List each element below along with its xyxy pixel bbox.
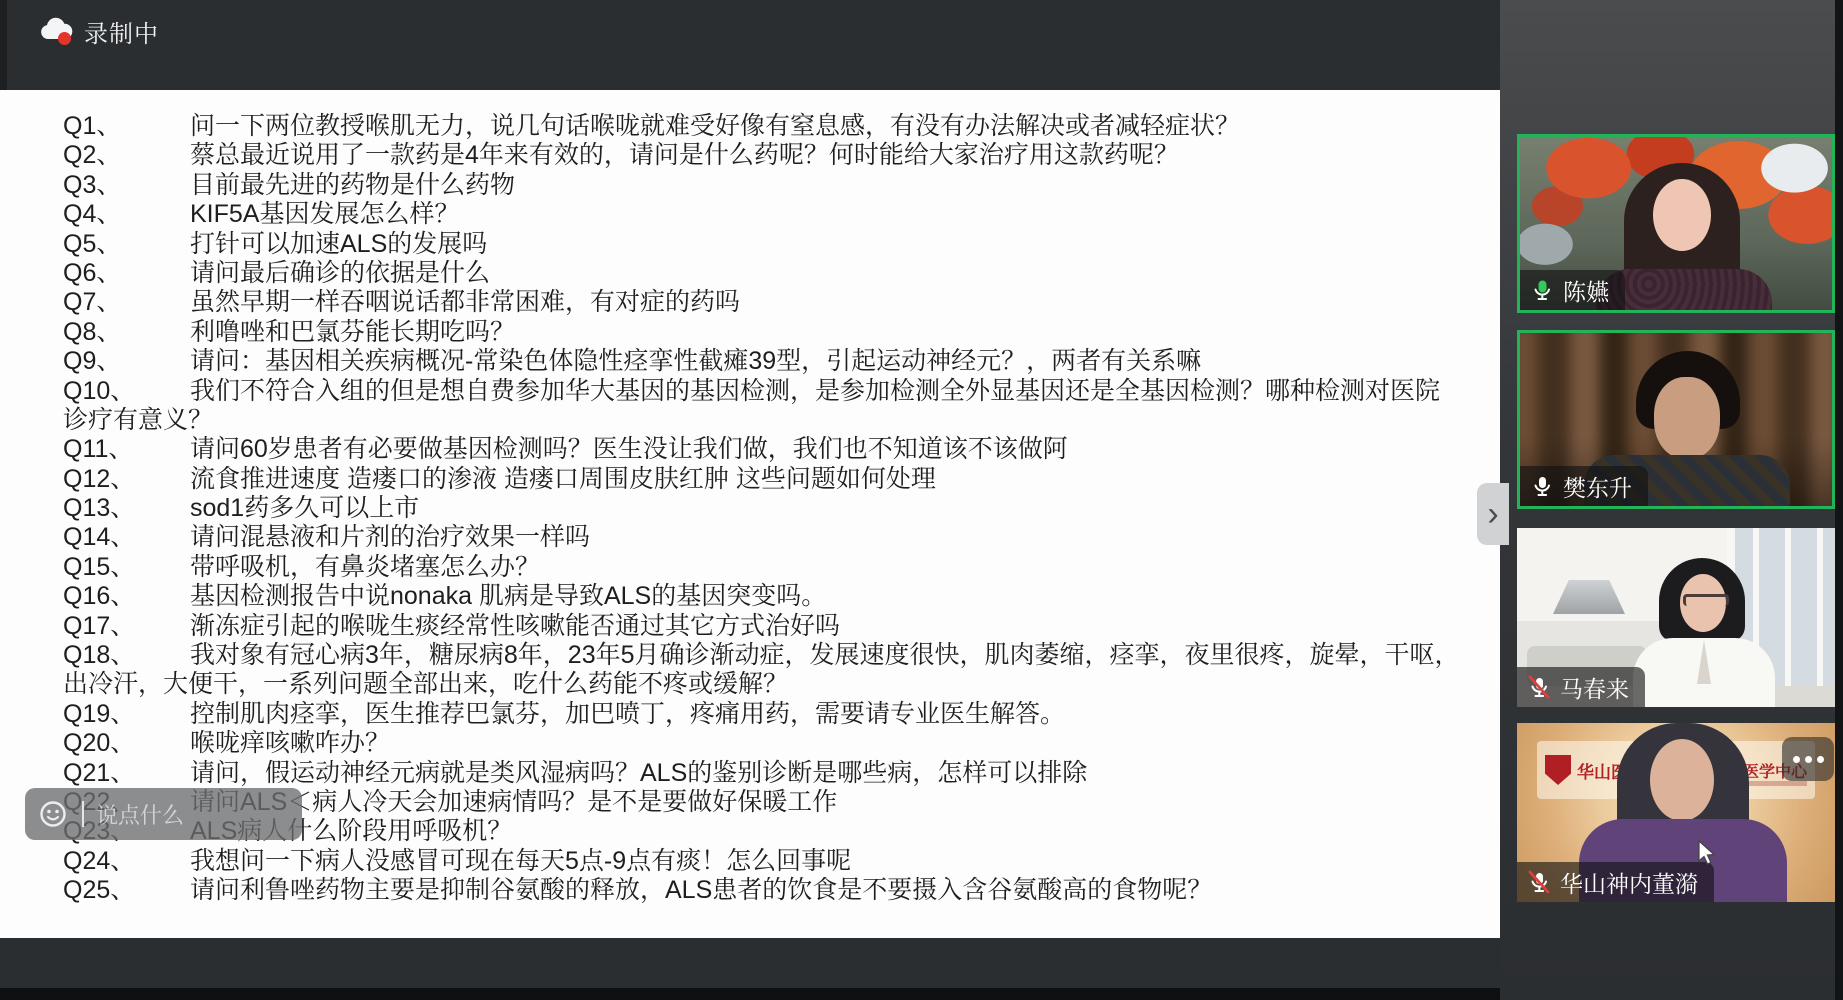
- question-line: Q21、 请问，假运动神经元病就是类风湿病吗？ALS的鉴别诊断是哪些病，怎样可以…: [63, 759, 1492, 788]
- question-text: 蔡总最近说用了一款药是4年来有效的，请问是什么药呢？何时能给大家治疗用这款药呢？: [190, 141, 1492, 170]
- app-window: { "topbar": { "recording_label": "录制中", …: [0, 0, 1843, 1000]
- person-face: [1650, 739, 1714, 821]
- video-tile-4[interactable]: 华山医 疑难罕见病医学中心 华山神内董漪: [1517, 723, 1835, 902]
- question-text: 我对象有冠心病3年，糖尿病8年，23年5月确诊渐动症，发展速度很快，肌肉萎缩，痉…: [190, 641, 1492, 670]
- mic-muted-icon: [1527, 870, 1551, 894]
- question-number: Q4、: [63, 200, 190, 229]
- question-text: 控制肌肉痉挛，医生推荐巴氯芬，加巴喷丁，疼痛用药，需要请专业医生解答。: [190, 700, 1492, 729]
- question-line: Q6、 请问最后确诊的依据是什么: [63, 259, 1492, 288]
- smiley-icon[interactable]: [38, 799, 68, 829]
- question-number: Q8、: [63, 318, 190, 347]
- question-text: 请问最后确诊的依据是什么: [190, 259, 1492, 288]
- question-text: 问一下两位教授喉肌无力，说几句话喉咙就难受好像有窒息感，有没有办法解决或者减轻症…: [190, 112, 1492, 141]
- mic-icon: [1530, 474, 1554, 498]
- participant-name: 陈嬿: [1563, 274, 1609, 307]
- question-text: sod1药多久可以上市: [190, 494, 1492, 523]
- question-number: Q19、: [63, 700, 190, 729]
- question-text: 打针可以加速ALS的发展吗: [190, 230, 1492, 259]
- person-face: [1654, 377, 1720, 459]
- question-line: Q2、 蔡总最近说用了一款药是4年来有效的，请问是什么药呢？何时能给大家治疗用这…: [63, 141, 1492, 170]
- question-text: 诊疗有意义？: [63, 406, 1492, 435]
- question-list: Q1、 问一下两位教授喉肌无力，说几句话喉咙就难受好像有窒息感，有没有办法解决或…: [0, 90, 1500, 906]
- chat-placeholder[interactable]: 说点什么: [96, 799, 184, 830]
- question-line: 出冷汗，大便干，一系列问题全部出来，吃什么药能不疼或缓解？: [63, 670, 1492, 699]
- more-options-button[interactable]: [1782, 737, 1834, 781]
- question-number: Q11、: [63, 435, 190, 464]
- question-number: Q12、: [63, 465, 190, 494]
- question-number: Q14、: [63, 523, 190, 552]
- name-label: 马春来: [1517, 667, 1645, 707]
- question-line: Q24、 我想问一下病人没感冒可现在每天5点-9点有痰！怎么回事呢: [63, 847, 1492, 876]
- question-text: 利噜唑和巴氯芬能长期吃吗？: [190, 318, 1492, 347]
- question-text: 目前最先进的药物是什么药物: [190, 171, 1492, 200]
- question-line: Q20、 喉咙痒咳嗽咋办？: [63, 729, 1492, 758]
- video-tile-2[interactable]: 樊东升: [1517, 330, 1835, 509]
- question-number: Q2、: [63, 141, 190, 170]
- question-text: 请问60岁患者有必要做基因检测吗？医生没让我们做，我们也不知道该不该做阿: [190, 435, 1492, 464]
- participant-name: 华山神内董漪: [1560, 866, 1698, 899]
- question-number: Q20、: [63, 729, 190, 758]
- question-number: Q13、: [63, 494, 190, 523]
- participant-name: 樊东升: [1563, 470, 1632, 503]
- question-text: 请问，假运动神经元病就是类风湿病吗？ALS的鉴别诊断是哪些病，怎样可以排除: [190, 759, 1492, 788]
- question-text: 出冷汗，大便干，一系列问题全部出来，吃什么药能不疼或缓解？: [63, 670, 1492, 699]
- question-line: Q4、 KIF5A基因发展怎么样？: [63, 200, 1492, 229]
- person-body: [1633, 638, 1775, 707]
- cloud-record-icon: [38, 17, 74, 47]
- question-line: Q16、 基因检测报告中说nonaka 肌病是导致ALS的基因突变吗。: [63, 582, 1492, 611]
- question-line: Q5、 打针可以加速ALS的发展吗: [63, 230, 1492, 259]
- question-number: Q24、: [63, 847, 190, 876]
- question-text: KIF5A基因发展怎么样？: [190, 200, 1492, 229]
- question-line: Q12、 流食推进速度 造瘘口的渗液 造瘘口周围皮肤红肿 这些问题如何处理: [63, 465, 1492, 494]
- question-text: 请问混悬液和片剂的治疗效果一样吗: [190, 523, 1492, 552]
- question-line: Q17、 渐冻症引起的喉咙生痰经常性咳嗽能否通过其它方式治好吗: [63, 612, 1492, 641]
- hospital-logo: [1545, 755, 1571, 785]
- person-face: [1653, 179, 1711, 251]
- question-number: Q5、: [63, 230, 190, 259]
- question-number: Q1、: [63, 112, 190, 141]
- question-line: Q19、 控制肌肉痉挛，医生推荐巴氯芬，加巴喷丁，疼痛用药，需要请专业医生解答。: [63, 700, 1492, 729]
- participant-name: 马春来: [1560, 671, 1629, 704]
- question-line: Q25、 请问利鲁唑药物主要是抑制谷氨酸的释放，ALS患者的饮食是不要摄入含谷氨…: [63, 876, 1492, 905]
- question-number: Q17、: [63, 612, 190, 641]
- question-text: 喉咙痒咳嗽咋办？: [190, 729, 1492, 758]
- question-text: 请问：基因相关疾病概况-常染色体隐性痉挛性截瘫39型，引起运动神经元？，两者有关…: [190, 347, 1492, 376]
- question-number: Q25、: [63, 876, 190, 905]
- question-number: Q18、: [63, 641, 190, 670]
- question-text: 渐冻症引起的喉咙生痰经常性咳嗽能否通过其它方式治好吗: [190, 612, 1492, 641]
- question-text: 我们不符合入组的但是想自费参加华大基因的基因检测，是参加检测全外显基因还是全基因…: [190, 377, 1492, 406]
- question-line: 诊疗有意义？: [63, 406, 1492, 435]
- name-label: 樊东升: [1520, 466, 1648, 506]
- question-line: Q11、 请问60岁患者有必要做基因检测吗？医生没让我们做，我们也不知道该不该做…: [63, 435, 1492, 464]
- question-text: 带呼吸机，有鼻炎堵塞怎么办？: [190, 553, 1492, 582]
- question-text: ALS病人什么阶段用呼吸机？: [190, 817, 1492, 846]
- question-text: 流食推进速度 造瘘口的渗液 造瘘口周围皮肤红肿 这些问题如何处理: [190, 465, 1492, 494]
- name-label: 陈嬿: [1520, 270, 1625, 310]
- question-line: Q18、 我对象有冠心病3年，糖尿病8年，23年5月确诊渐动症，发展速度很快，肌…: [63, 641, 1492, 670]
- question-line: Q14、 请问混悬液和片剂的治疗效果一样吗: [63, 523, 1492, 552]
- question-number: Q9、: [63, 347, 190, 376]
- question-number: Q15、: [63, 553, 190, 582]
- recording-label: 录制中: [84, 14, 159, 49]
- person-glasses: [1683, 594, 1729, 606]
- question-line: Q7、 虽然早期一样吞咽说话都非常困难，有对症的药吗: [63, 288, 1492, 317]
- video-tile-3[interactable]: 马春来: [1517, 528, 1835, 707]
- name-label: 华山神内董漪: [1517, 862, 1714, 902]
- question-number: Q3、: [63, 171, 190, 200]
- question-line: Q9、 请问：基因相关疾病概况-常染色体隐性痉挛性截瘫39型，引起运动神经元？，…: [63, 347, 1492, 376]
- question-line: Q8、 利噜唑和巴氯芬能长期吃吗？: [63, 318, 1492, 347]
- question-number: Q21、: [63, 759, 190, 788]
- question-text: 请问ALS＜病人冷天会加速病情吗？是不是要做好保暖工作: [190, 788, 1492, 817]
- video-tile-1[interactable]: 陈嬿: [1517, 134, 1835, 313]
- question-number: Q10、: [63, 377, 190, 406]
- mouse-cursor: [1695, 839, 1719, 867]
- mic-muted-icon: [1527, 675, 1551, 699]
- question-text: 基因检测报告中说nonaka 肌病是导致ALS的基因突变吗。: [190, 582, 1492, 611]
- question-line: Q15、 带呼吸机，有鼻炎堵塞怎么办？: [63, 553, 1492, 582]
- question-number: Q6、: [63, 259, 190, 288]
- mic-icon: [1530, 278, 1554, 302]
- question-number: Q16、: [63, 582, 190, 611]
- question-text: 虽然早期一样吞咽说话都非常困难，有对症的药吗: [190, 288, 1492, 317]
- chevron-right-icon: ›: [1487, 495, 1498, 534]
- question-line: Q3、 目前最先进的药物是什么药物: [63, 171, 1492, 200]
- question-line: Q1、 问一下两位教授喉肌无力，说几句话喉咙就难受好像有窒息感，有没有办法解决或…: [63, 112, 1492, 141]
- chat-input[interactable]: 说点什么: [25, 788, 302, 840]
- question-line: Q13、 sod1药多久可以上市: [63, 494, 1492, 523]
- window-edge: [0, 0, 7, 90]
- recording-indicator: 录制中: [38, 14, 159, 49]
- question-text: 我想问一下病人没感冒可现在每天5点-9点有痰！怎么回事呢: [190, 847, 1492, 876]
- sidebar-collapse-button[interactable]: ›: [1477, 483, 1509, 545]
- question-text: 请问利鲁唑药物主要是抑制谷氨酸的释放，ALS患者的饮食是不要摄入含谷氨酸高的食物…: [190, 876, 1492, 905]
- question-line: Q10、 我们不符合入组的但是想自费参加华大基因的基因检测，是参加检测全外显基因…: [63, 377, 1492, 406]
- pendant-lamp: [1553, 580, 1625, 614]
- question-number: Q7、: [63, 288, 190, 317]
- participants-sidebar: 陈嬿 樊东升: [1500, 0, 1843, 1000]
- text-caret: [82, 801, 84, 827]
- sidebar-edge: [1835, 0, 1843, 1000]
